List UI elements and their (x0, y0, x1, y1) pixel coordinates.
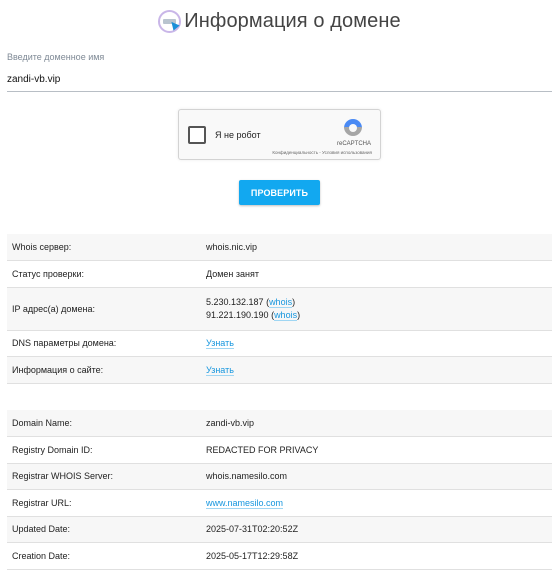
table-row: Domain Name: zandi-vb.vip (7, 410, 552, 437)
recaptcha-terms-link[interactable]: Конфиденциальность - Условия использован… (272, 150, 372, 155)
row-key: Updated Date: (7, 516, 201, 543)
table-row: Registry Domain ID: REDACTED FOR PRIVACY (7, 437, 552, 464)
row-value: 2025-05-17T12:29:58Z (201, 543, 552, 570)
row-key: Creation Date: (7, 543, 201, 570)
row-value: REDACTED FOR PRIVACY (201, 437, 552, 464)
status-value: Домен занят (201, 261, 552, 288)
table-row: Whois сервер: whois.nic.vip (7, 234, 552, 261)
check-button[interactable]: ПРОВЕРИТЬ (239, 180, 320, 205)
row-key: Информация о сайте: (7, 357, 201, 384)
row-key: DNS параметры домена: (7, 330, 201, 357)
recaptcha-label: Я не робот (215, 130, 261, 140)
domain-field-label: Введите доменное имя (7, 52, 552, 62)
whois-table: Domain Name: zandi-vb.vip Registry Domai… (7, 410, 552, 570)
ip-whois-link[interactable]: whois (274, 310, 297, 321)
row-key: Domain Name: (7, 410, 201, 437)
table-row: IP адрес(а) домена: 5.230.132.187 (whois… (7, 287, 552, 330)
summary-table: Whois сервер: whois.nic.vip Статус прове… (7, 234, 552, 384)
domain-info-icon (158, 10, 181, 33)
ip-whois-link[interactable]: whois (269, 297, 292, 308)
row-value: 2025-07-31T02:20:52Z (201, 516, 552, 543)
recaptcha-checkbox[interactable] (188, 126, 206, 144)
row-key: Whois сервер: (7, 234, 201, 261)
recaptcha-widget: Я не робот reCAPTCHA Конфиденциальность … (178, 109, 381, 160)
table-row: DNS параметры домена: Узнать (7, 330, 552, 357)
table-row: Информация о сайте: Узнать (7, 357, 552, 384)
table-row: Registrar URL: www.namesilo.com (7, 490, 552, 517)
page-title: Информация о домене (184, 10, 400, 33)
row-key: Registrar WHOIS Server: (7, 463, 201, 490)
row-key: IP адрес(а) домена: (7, 287, 201, 330)
row-key: Registry Domain ID: (7, 437, 201, 464)
recaptcha-logo-icon (342, 119, 364, 137)
ip-address: 91.221.190.190 (206, 310, 269, 320)
ip-list: 5.230.132.187 (whois) 91.221.190.190 (wh… (201, 287, 552, 330)
row-value: zandi-vb.vip (201, 410, 552, 437)
site-info-link[interactable]: Узнать (206, 365, 234, 376)
domain-input[interactable] (7, 74, 552, 92)
page-header: Информация о домене (0, 6, 559, 36)
domain-field: Введите доменное имя (7, 52, 552, 92)
table-row: Updated Date: 2025-07-31T02:20:52Z (7, 516, 552, 543)
row-value: whois.nic.vip (201, 234, 552, 261)
recaptcha-brand: reCAPTCHA (337, 141, 371, 147)
row-key: Registrar URL: (7, 490, 201, 517)
registrar-url-link[interactable]: www.namesilo.com (206, 498, 283, 509)
dns-info-link[interactable]: Узнать (206, 338, 234, 349)
row-key: Статус проверки: (7, 261, 201, 288)
table-row: Registrar WHOIS Server: whois.namesilo.c… (7, 463, 552, 490)
row-value: whois.namesilo.com (201, 463, 552, 490)
table-row: Статус проверки: Домен занят (7, 261, 552, 288)
table-row: Creation Date: 2025-05-17T12:29:58Z (7, 543, 552, 570)
ip-address: 5.230.132.187 (206, 297, 264, 307)
